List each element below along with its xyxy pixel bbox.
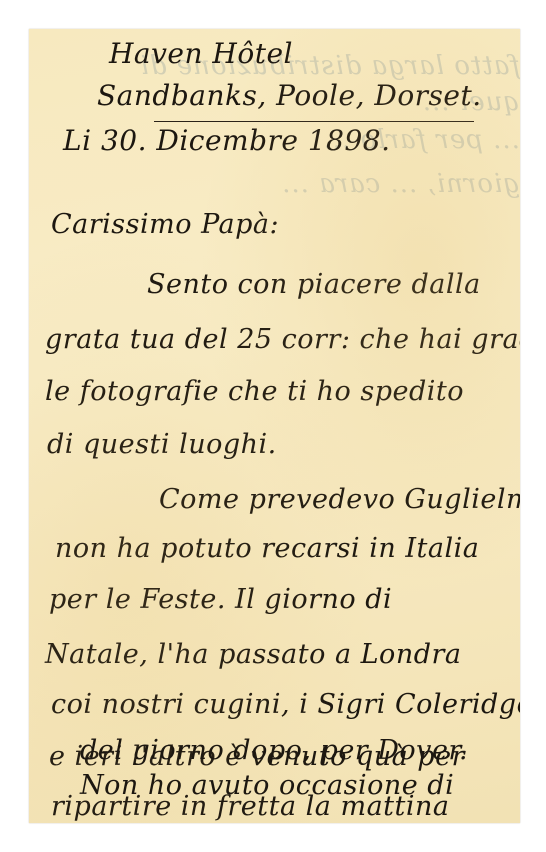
body-line: le fotografie che ti ho spedito — [45, 376, 464, 407]
hotel-name: Haven Hôtel — [109, 37, 293, 70]
body-line: Come prevedevo Guglielmo — [159, 484, 520, 515]
body-line: Non ho avuto occasione di — [80, 770, 454, 801]
salutation: Carissimo Papà: — [51, 209, 279, 240]
letter-page: fatto larga distribuzione di quei ... ..… — [29, 29, 520, 823]
body-line: Sento con piacere dalla — [147, 269, 481, 300]
body-line: del giorno dopo, per Dover. — [80, 735, 468, 766]
body-line: Natale, l'ha passato a Londra — [45, 639, 462, 670]
body-line: per le Feste. Il giorno di — [49, 584, 392, 615]
header-underline — [154, 121, 474, 122]
body-line: grata tua del 25 corr: che hai gradito — [45, 324, 520, 355]
body-line: di questi luoghi. — [47, 429, 277, 460]
body-line: non ha potuto recarsi in Italia — [55, 533, 479, 564]
bleed-through-text: giorni, ... cara ... — [29, 169, 520, 199]
hotel-address: Sandbanks, Poole, Dorset. — [97, 79, 482, 112]
body-line: coi nostri cugini, i Sigri Coleridges, — [51, 689, 520, 720]
letter-date: Li 30. Dicembre 1898. — [63, 124, 391, 157]
